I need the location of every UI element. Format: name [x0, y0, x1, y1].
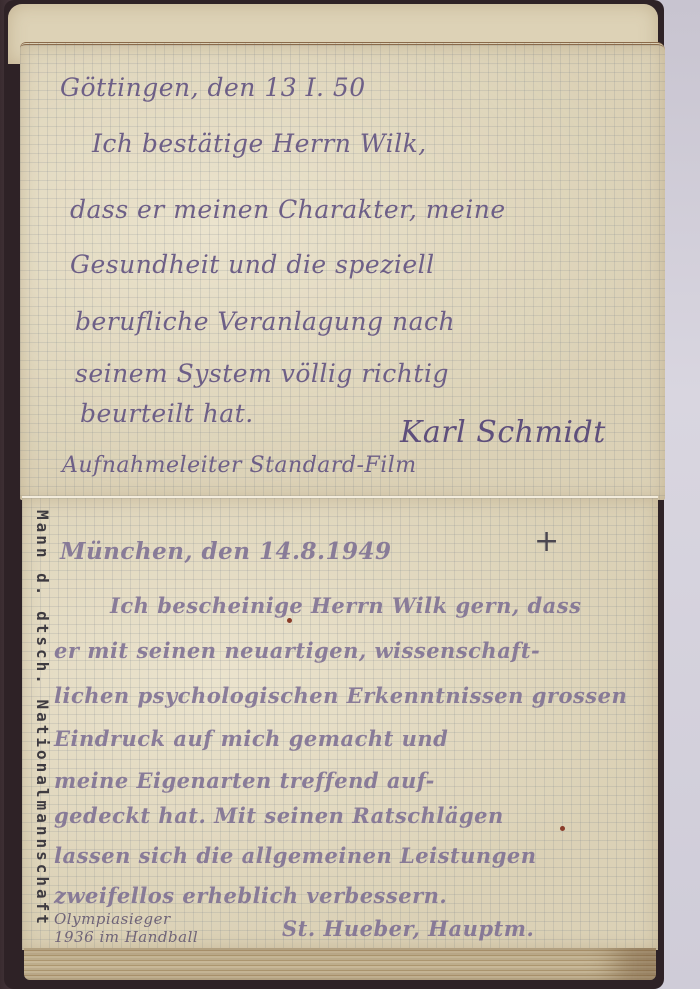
- bottom-line-2: er mit seinen neuartigen, wissenschaft-: [54, 638, 540, 663]
- top-signature-title: Aufnahmeleiter Standard-Film: [62, 453, 417, 478]
- ink-stain: [287, 618, 292, 623]
- top-line-1: Ich bestätige Herrn Wilk,: [92, 129, 427, 158]
- ink-stain: [560, 826, 565, 831]
- footer-left-line-2: 1936 im Handball: [54, 928, 198, 946]
- bottom-line-4: Eindruck auf mich gemacht und: [54, 726, 448, 751]
- bottom-dateline: München, den 14.8.1949: [60, 538, 391, 565]
- footer-left-line-1: Olympiasieger: [54, 910, 171, 928]
- bottom-line-3: lichen psychologischen Erkenntnissen gro…: [54, 683, 627, 708]
- top-line-6: beurteilt hat.: [80, 399, 254, 428]
- top-dateline: Göttingen, den 13 I. 50: [60, 73, 366, 102]
- bottom-line-1: Ich bescheinige Herrn Wilk gern, dass: [110, 593, 581, 618]
- bottom-line-6: gedeckt hat. Mit seinen Ratschlägen: [54, 803, 504, 828]
- bottom-line-7: lassen sich die allgemeinen Leistungen: [54, 843, 537, 868]
- notebook-bottom-page: München, den 14.8.1949 Ich bescheinige H…: [22, 496, 658, 950]
- top-signature: Karl Schmidt: [400, 415, 606, 450]
- footer-signature: St. Hueber, Hauptm.: [282, 916, 534, 941]
- top-line-2: dass er meinen Charakter, meine: [70, 195, 506, 224]
- margin-vertical-text: Mann d. dtsch. Nationalmannschaft: [22, 510, 52, 950]
- top-line-5: seinem System völlig richtig: [75, 359, 449, 388]
- page-edges: [24, 948, 656, 980]
- cross-mark: +: [534, 524, 559, 559]
- bottom-line-5: meine Eigenarten treffend auf-: [54, 768, 435, 793]
- top-line-4: berufliche Veranlagung nach: [75, 307, 455, 336]
- bottom-line-8: zweifellos erheblich verbessern.: [54, 883, 447, 908]
- notebook-top-page: Göttingen, den 13 I. 50 Ich bestätige He…: [20, 42, 665, 500]
- top-line-3: Gesundheit und die speziell: [70, 250, 435, 279]
